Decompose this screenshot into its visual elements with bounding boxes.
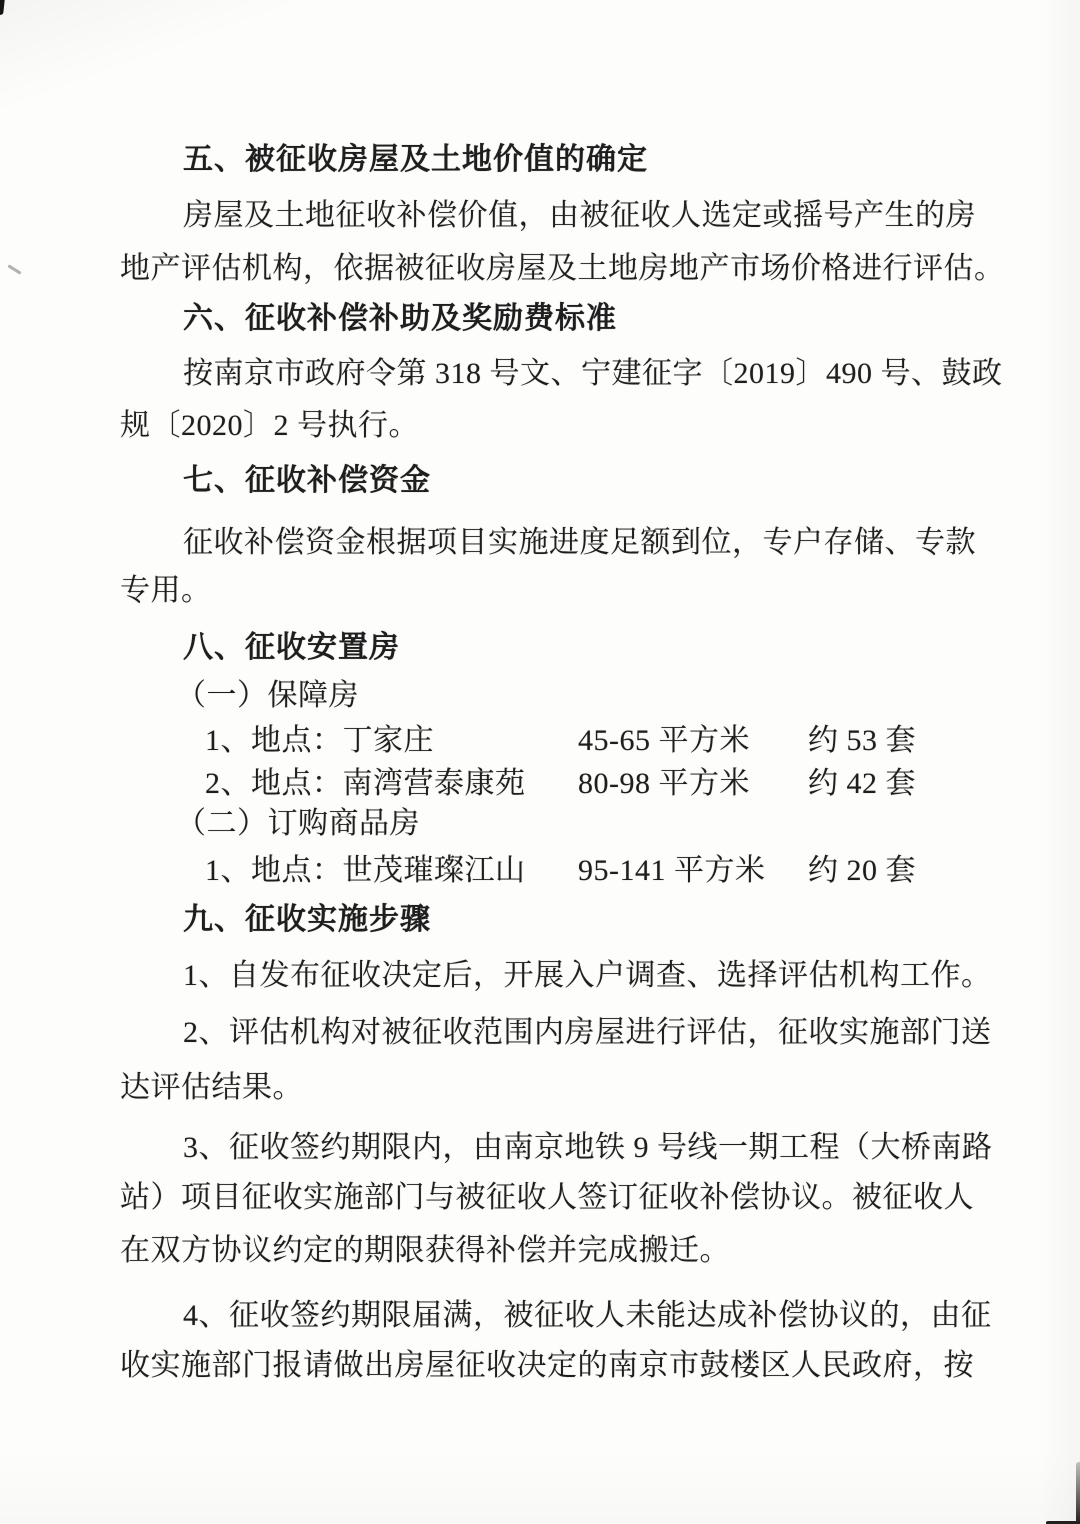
section8-group2-label: （二）订购商品房 bbox=[176, 804, 420, 844]
housing-location: 1、地点：丁家庄 bbox=[205, 721, 434, 761]
section9-step3-line-1: 站）项目征收实施部门与被征收人签订征收补偿协议。被征收人 bbox=[120, 1178, 974, 1218]
housing-count: 约 42 套 bbox=[808, 764, 916, 804]
scan-artifact-top-left bbox=[0, 0, 5, 15]
section8-heading: 八、征收安置房 bbox=[183, 628, 400, 668]
scan-artifact-right-edge bbox=[1076, 1462, 1080, 1524]
section9-step1-line-0: 1、自发布征收决定后，开展入户调查、选择评估机构工作。 bbox=[183, 956, 992, 996]
housing-area: 95-141 平方米 bbox=[578, 851, 766, 891]
housing-location: 2、地点：南湾营泰康苑 bbox=[205, 764, 526, 804]
section9-step2-line-0: 2、评估机构对被征收范围内房屋进行评估，征收实施部门送 bbox=[183, 1013, 992, 1053]
housing-count: 约 53 套 bbox=[808, 721, 916, 761]
housing-row: 2、地点：南湾营泰康苑 80-98 平方米 约 42 套 bbox=[120, 764, 972, 804]
section6-line-0: 按南京市政府令第 318 号文、宁建征字〔2019〕490 号、鼓政 bbox=[183, 354, 1003, 394]
section9-step3-line-2: 在双方协议约定的期限获得补偿并完成搬迁。 bbox=[120, 1231, 730, 1271]
section9-step4-line-0: 4、征收签约期限届满，被征收人未能达成补偿协议的，由征 bbox=[183, 1296, 992, 1336]
section9-step4-line-1: 收实施部门报请做出房屋征收决定的南京市鼓楼区人民政府，按 bbox=[120, 1346, 974, 1386]
housing-count: 约 20 套 bbox=[808, 851, 916, 891]
document-page: 五、被征收房屋及土地价值的确定 房屋及土地征收补偿价值，由被征收人选定或摇号产生… bbox=[0, 0, 1080, 1524]
section6-line-1: 规〔2020〕2 号执行。 bbox=[120, 406, 419, 446]
section9-step3-line-0: 3、征收签约期限内，由南京地铁 9 号线一期工程（大桥南路 bbox=[183, 1128, 993, 1168]
housing-row: 1、地点：世茂璀璨江山 95-141 平方米 约 20 套 bbox=[120, 851, 972, 891]
section7-line-1: 专用。 bbox=[120, 571, 212, 611]
housing-location: 1、地点：世茂璀璨江山 bbox=[205, 851, 526, 891]
section6-heading: 六、征收补偿补助及奖励费标准 bbox=[183, 299, 617, 339]
section5-heading: 五、被征收房屋及土地价值的确定 bbox=[183, 140, 648, 180]
housing-row: 1、地点：丁家庄 45-65 平方米 约 53 套 bbox=[120, 721, 972, 761]
section5-line-1: 地产评估机构，依据被征收房屋及土地房地产市场价格进行评估。 bbox=[120, 249, 1005, 289]
section7-heading: 七、征收补偿资金 bbox=[183, 461, 431, 501]
section7-line-0: 征收补偿资金根据项目实施进度足额到位，专户存储、专款 bbox=[183, 523, 976, 563]
section9-step2-line-1: 达评估结果。 bbox=[120, 1068, 303, 1108]
scan-artifact-left-tick bbox=[7, 264, 21, 274]
housing-area: 45-65 平方米 bbox=[578, 721, 750, 761]
section9-heading: 九、征收实施步骤 bbox=[183, 900, 431, 940]
section8-group1-label: （一）保障房 bbox=[176, 676, 359, 716]
housing-area: 80-98 平方米 bbox=[578, 764, 750, 804]
section5-line-0: 房屋及土地征收补偿价值，由被征收人选定或摇号产生的房 bbox=[183, 196, 976, 236]
